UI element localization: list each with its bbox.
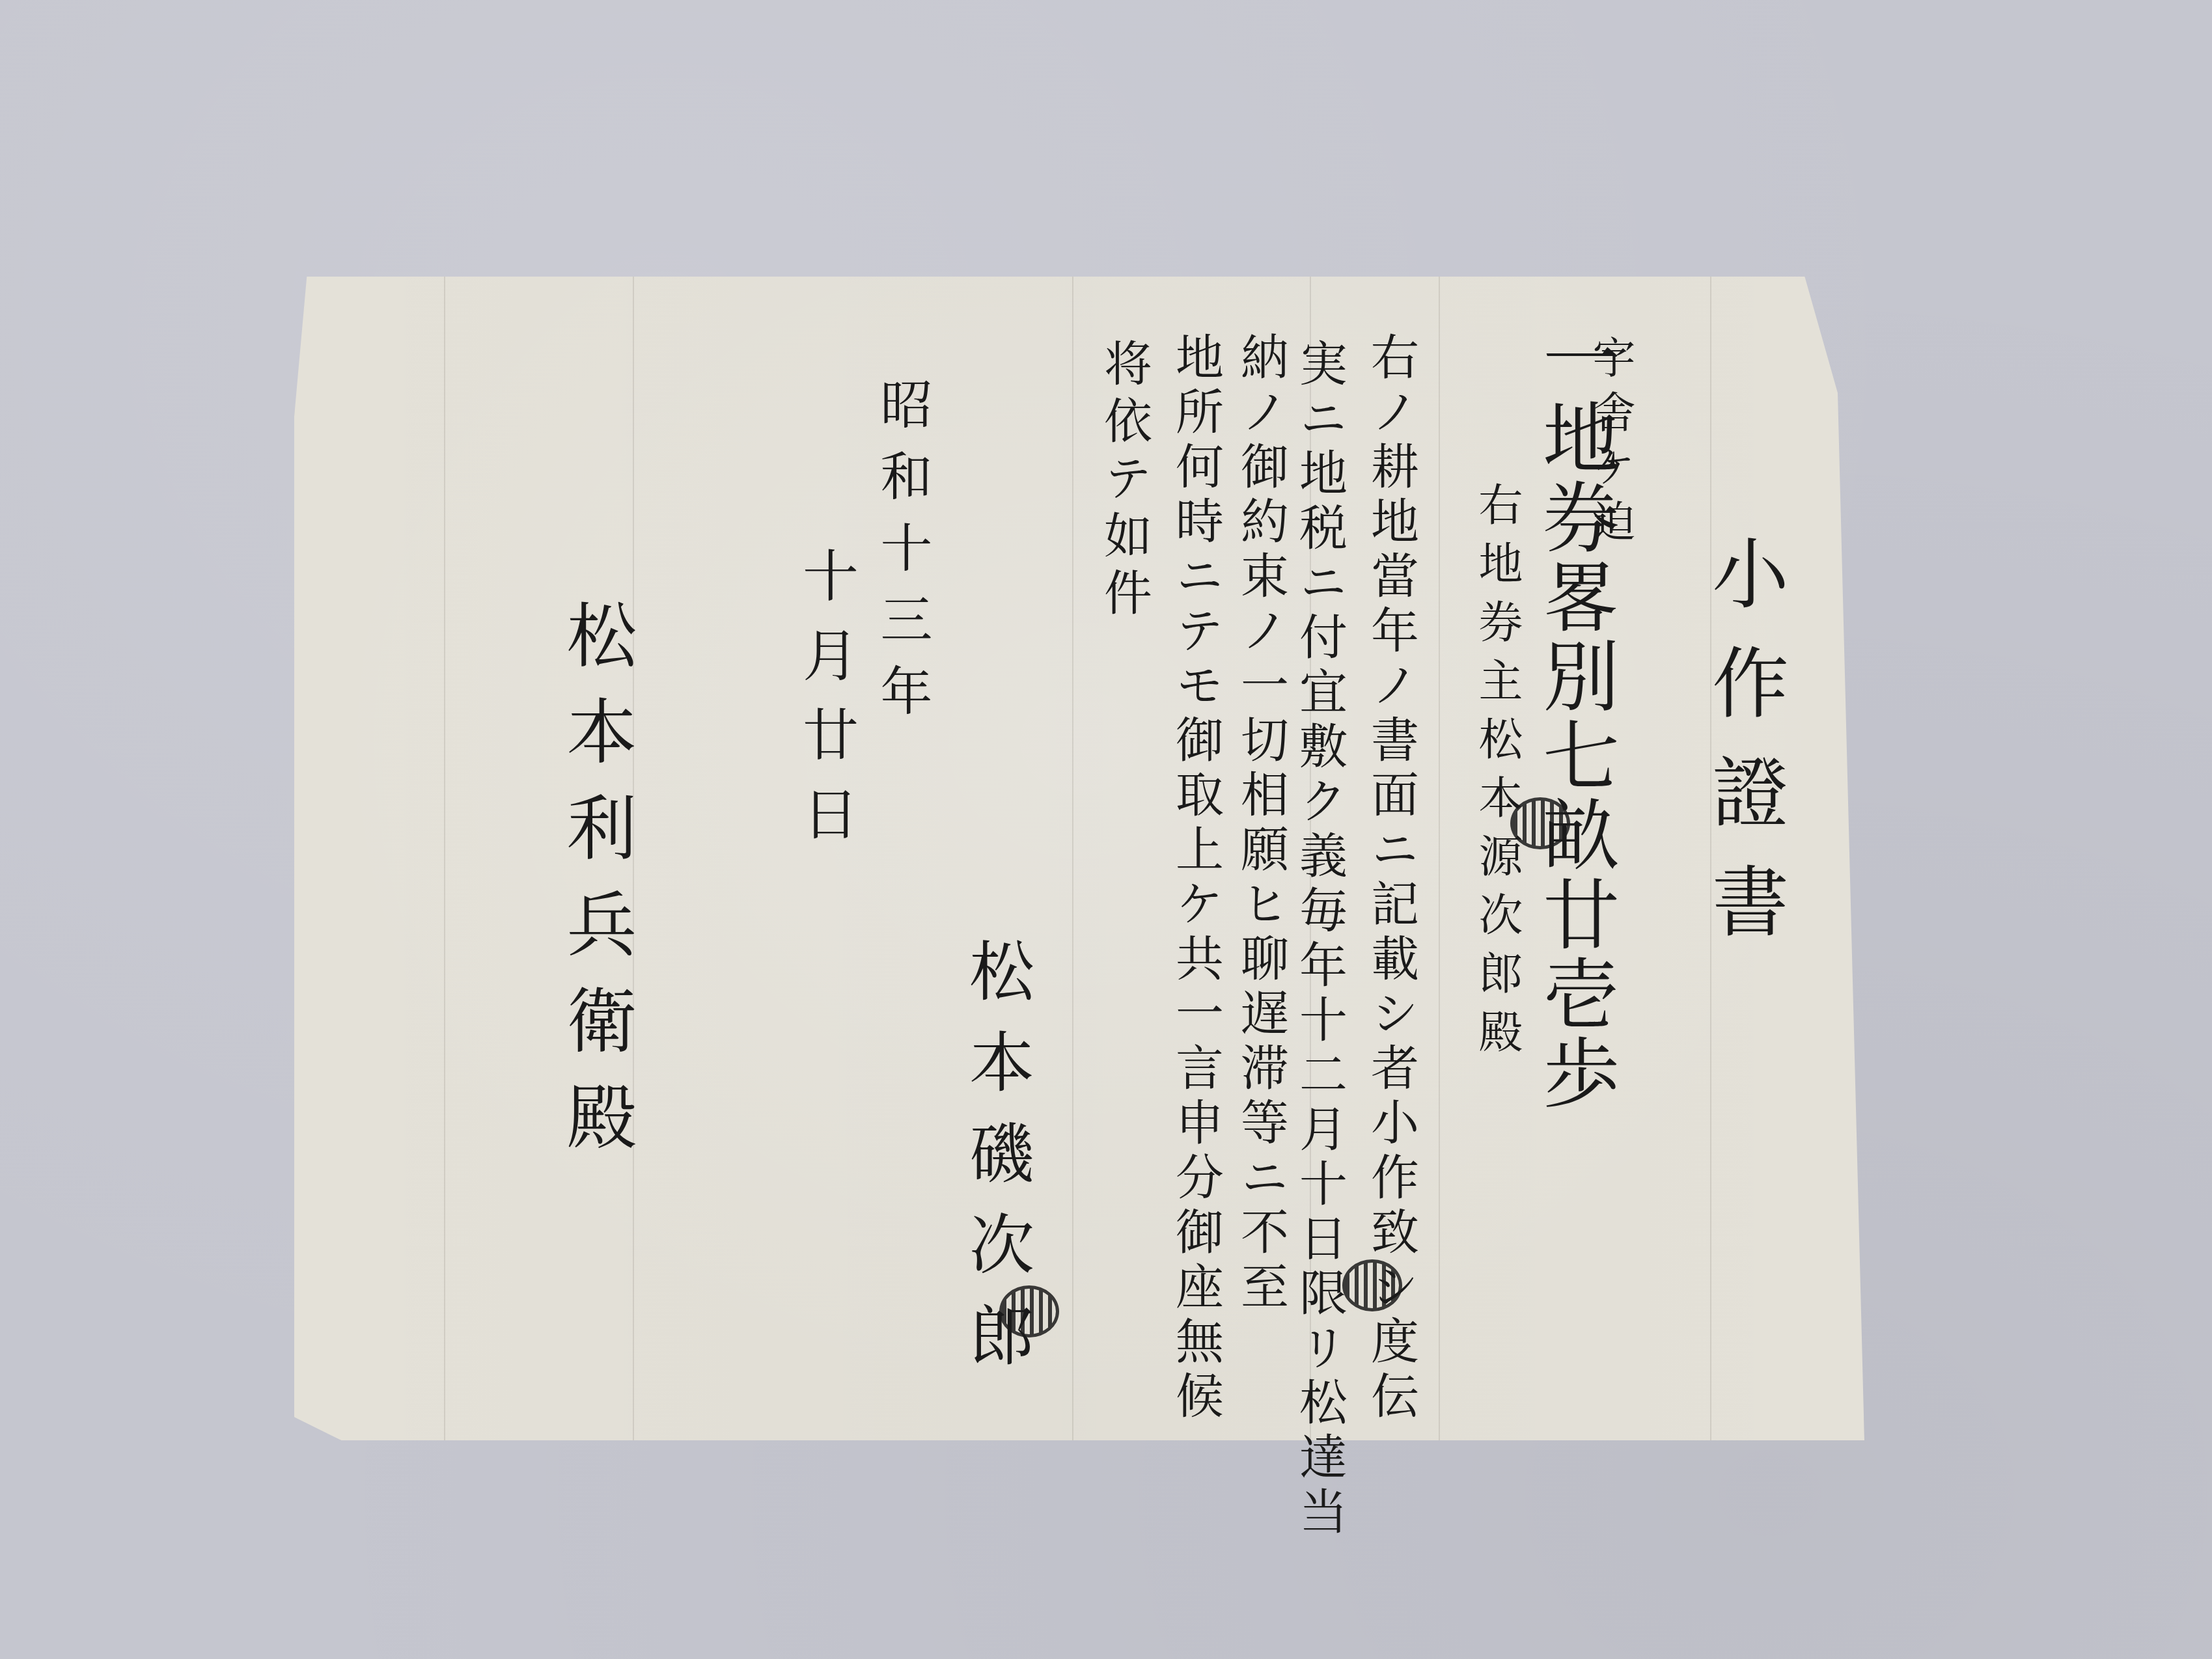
body-line-4: 地所何時ニテモ御取上ケ共一言申分御座無候 bbox=[1172, 332, 1220, 1425]
seal-stamp-icon bbox=[999, 1285, 1059, 1337]
fold-line bbox=[444, 277, 445, 1440]
fold-line bbox=[1439, 277, 1440, 1440]
fold-line bbox=[1072, 277, 1073, 1440]
seal-stamp-icon bbox=[1342, 1259, 1402, 1311]
landlord-signature: 松本利兵衛殿 bbox=[560, 599, 630, 1177]
body-line-3: 納ノ御約束ノ一切相願ヒ聊遅滞等ニ不至 bbox=[1237, 332, 1285, 1316]
document-title: 小作證書 bbox=[1706, 534, 1782, 971]
body-line-2: 実ニ地税ニ付宜敷ク義毎年十二月十日限リ松達当 bbox=[1295, 338, 1344, 1541]
date-year: 昭和十三年 bbox=[876, 377, 928, 735]
plot-description: 一地券畧別七畝廿壱歩 bbox=[1536, 319, 1613, 1113]
body-line-5: 将依テ如件 bbox=[1100, 338, 1148, 625]
owner-line: 右地券主松本源次郎殿 bbox=[1474, 482, 1519, 1067]
date-month-day: 十月廿日 bbox=[797, 547, 853, 864]
seal-stamp-icon bbox=[1510, 797, 1570, 849]
